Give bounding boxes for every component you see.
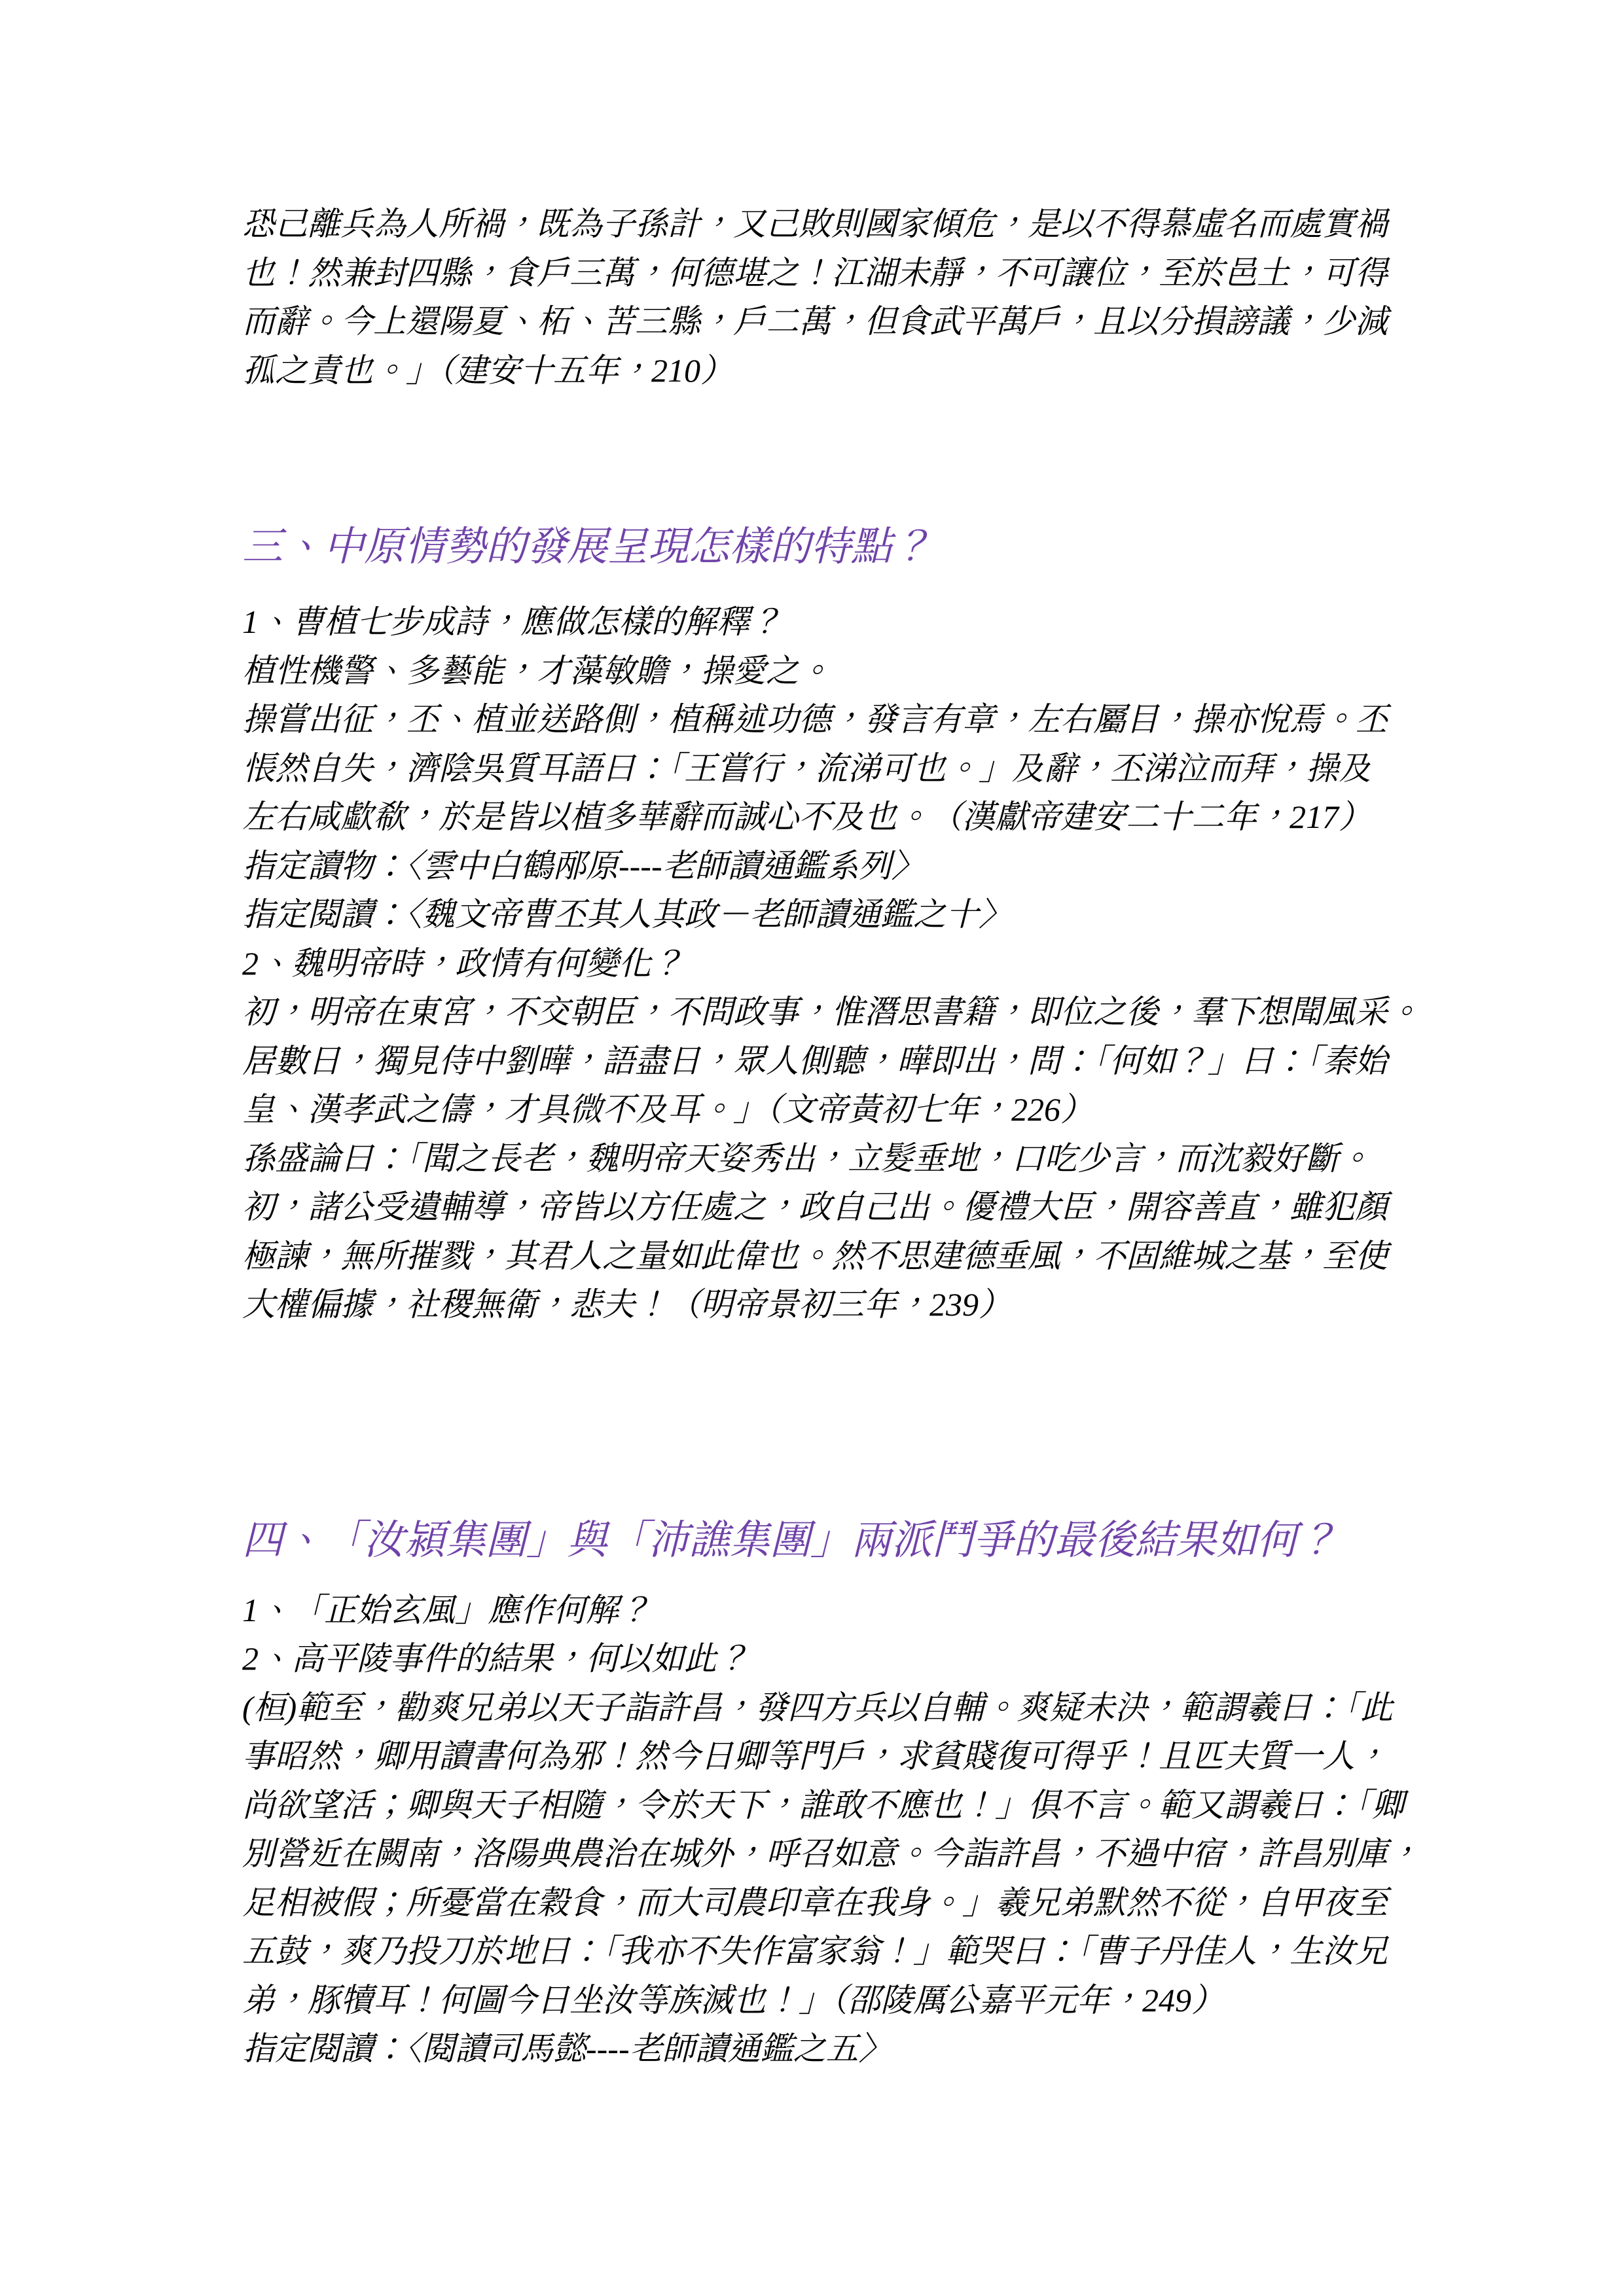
text-line: 悵然自失，濟陰吳質耳語曰：「王嘗行，流涕可也。」及辭，丕涕泣而拜，操及 <box>242 744 1384 793</box>
text-line: 恐己離兵為人所禍，既為子孫計，又己敗則國家傾危，是以不得慕虛名而處實禍 <box>242 200 1384 249</box>
text-line: 弟，豚犢耳！何圖今日坐汝等族滅也！」（邵陵厲公嘉平元年，249） <box>242 1976 1384 2025</box>
text-line: 也！然兼封四縣，食戶三萬，何德堪之！江湖未靜，不可讓位，至於邑土，可得 <box>242 249 1384 298</box>
section-3-body: 1、曹植七步成詩，應做怎樣的解釋？ 植性機警、多藝能，才藻敏贍，操愛之。 操嘗出… <box>242 598 1384 1329</box>
text-line: 孤之責也。」（建安十五年，210） <box>242 346 1384 395</box>
assigned-reading-line: 指定閱讀：〈閱讀司馬懿----老師讀通鑑之五〉 <box>242 2024 1384 2073</box>
text-line: 初，諸公受遺輔導，帝皆以方任處之，政自己出。優禮大臣，開容善直，雖犯顏 <box>242 1183 1384 1232</box>
section-heading-4: 四、「汝潁集團」與「沛譙集團」兩派鬥爭的最後結果如何？ <box>242 1513 1384 1569</box>
text-line: 植性機警、多藝能，才藻敏贍，操愛之。 <box>242 647 1384 696</box>
text-line: (桓)範至，勸爽兄弟以天子詣許昌，發四方兵以自輔。爽疑未決，範謂羲曰：「此 <box>242 1683 1384 1732</box>
text-line: 大權偏據，社稷無衛，悲夫！（明帝景初三年，239） <box>242 1280 1384 1329</box>
text-line: 左右咸歔欷，於是皆以植多華辭而誠心不及也。（漢獻帝建安二十二年，217） <box>242 793 1384 842</box>
text-line: 五鼓，爽乃投刀於地曰：「我亦不失作富家翁！」範哭曰：「曹子丹佳人，生汝兄 <box>242 1927 1384 1976</box>
text-line: 皇、漢孝武之儔，才具微不及耳。」（文帝黃初七年，226） <box>242 1085 1384 1134</box>
text-column: 恐己離兵為人所禍，既為子孫計，又己敗則國家傾危，是以不得慕虛名而處實禍 也！然兼… <box>242 200 1384 2073</box>
text-line: 尚欲望活；卿與天子相隨，令於天下，誰敢不應也！」俱不言。範又謂羲曰：「卿 <box>242 1781 1384 1830</box>
assigned-reading-line: 指定讀物：〈雲中白鶴邴原----老師讀通鑑系列〉 <box>242 842 1384 891</box>
text-line: 別營近在闕南，洛陽典農治在城外，呼召如意。今詣許昌，不過中宿，許昌別庫， <box>242 1829 1384 1878</box>
text-line: 而辭。今上還陽夏、柘、苦三縣，戶二萬，但食武平萬戶，且以分損謗議，少減 <box>242 297 1384 346</box>
text-line: 足相被假；所憂當在穀食，而大司農印章在我身。」羲兄弟默然不從，自甲夜至 <box>242 1878 1384 1928</box>
intro-paragraph: 恐己離兵為人所禍，既為子孫計，又己敗則國家傾危，是以不得慕虛名而處實禍 也！然兼… <box>242 200 1384 395</box>
document-page: 恐己離兵為人所禍，既為子孫計，又己敗則國家傾危，是以不得慕虛名而處實禍 也！然兼… <box>0 0 1624 2296</box>
question-line: 2、魏明帝時，政情有何變化？ <box>242 939 1384 988</box>
text-line: 事昭然，卿用讀書何為邪！然今日卿等門戶，求貧賤復可得乎！且匹夫質一人， <box>242 1732 1384 1781</box>
section-4-body: 1、「正始玄風」應作何解？ 2、高平陵事件的結果，何以如此？ (桓)範至，勸爽兄… <box>242 1586 1384 2073</box>
text-line: 居數日，獨見侍中劉曄，語盡日，眾人側聽，曄即出，問：「何如？」曰：「秦始 <box>242 1037 1384 1086</box>
text-line: 極諫，無所摧戮，其君人之量如此偉也。然不思建德垂風，不固維城之基，至使 <box>242 1232 1384 1281</box>
assigned-reading-line: 指定閱讀：〈魏文帝曹丕其人其政－老師讀通鑑之十〉 <box>242 890 1384 939</box>
question-line: 1、「正始玄風」應作何解？ <box>242 1586 1384 1635</box>
text-line: 孫盛論曰：「聞之長老，魏明帝天姿秀出，立髮垂地，口吃少言，而沈毅好斷。 <box>242 1134 1384 1183</box>
question-line: 2、高平陵事件的結果，何以如此？ <box>242 1634 1384 1683</box>
section-heading-3: 三、中原情勢的發展呈現怎樣的特點？ <box>242 519 1384 575</box>
question-line: 1、曹植七步成詩，應做怎樣的解釋？ <box>242 598 1384 647</box>
text-line: 初，明帝在東宮，不交朝臣，不問政事，惟潛思書籍，即位之後，羣下想聞風采。 <box>242 988 1384 1037</box>
text-line: 操嘗出征，丕、植並送路側，植稱述功德，發言有章，左右屬目，操亦悅焉。丕 <box>242 695 1384 744</box>
